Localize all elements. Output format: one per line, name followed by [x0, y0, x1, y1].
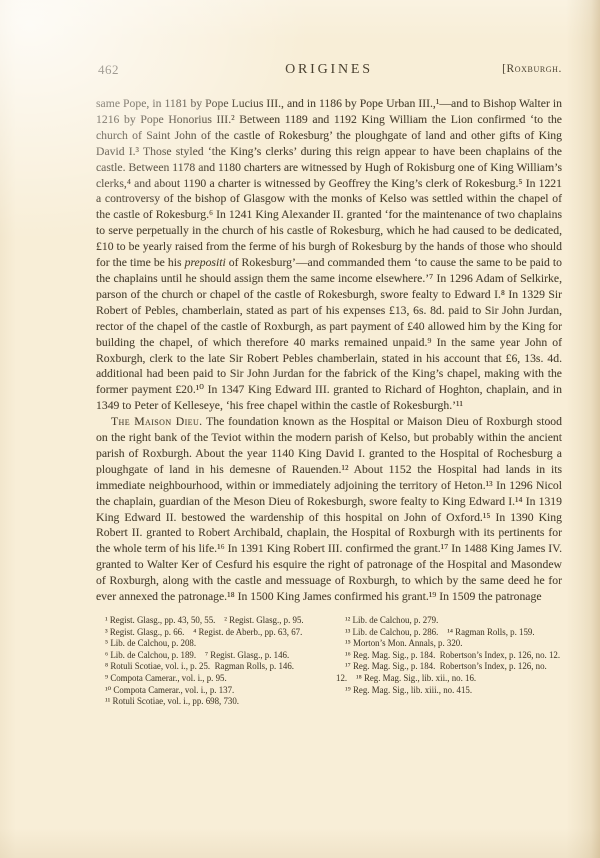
book-page: 462 ORIGINES [Roxburgh. same Pope, in 11… — [0, 0, 600, 858]
footnote-entry: ¹⁵ Morton’s Mon. Annals, p. 320. — [336, 638, 562, 650]
page-body: same Pope, in 1181 by Pope Lucius III., … — [96, 96, 562, 605]
footnote-entry: ⁸ Rotuli Scotiae, vol. i., p. 25. Ragman… — [96, 661, 322, 673]
para2-text: The foundation known as the Hospital or … — [96, 415, 562, 603]
para1-italic-term: prepositi — [185, 256, 226, 269]
page-header: 462 ORIGINES [Roxburgh. — [96, 62, 562, 79]
footnote-entry: ¹³ Lib. de Calchou, p. 286. ¹⁴ Ragman Ro… — [336, 627, 562, 639]
page-content: 462 ORIGINES [Roxburgh. same Pope, in 11… — [96, 62, 562, 708]
para1-text: same Pope, in 1181 by Pope Lucius III., … — [96, 97, 562, 269]
footnotes: ¹ Regist. Glasg., pp. 43, 50, 55. ² Regi… — [96, 615, 562, 708]
footnote-entry: ¹⁷ Reg. Mag. Sig., p. 184. Robertson’s I… — [336, 661, 562, 684]
footnote-entry: ¹⁶ Reg. Mag. Sig., p. 184. Robertson’s I… — [336, 650, 562, 662]
page-number: 462 — [98, 62, 119, 78]
footnote-entry: ¹⁰ Compota Camerar., vol. i., p. 137. — [96, 685, 322, 697]
paragraph-castle-chapels: same Pope, in 1181 by Pope Lucius III., … — [96, 96, 562, 414]
footnote-entry: ⁶ Lib. de Calchou, p. 189. ⁷ Regist. Gla… — [96, 650, 322, 662]
running-title: ORIGINES — [96, 62, 562, 78]
footnote-entry: ¹⁹ Reg. Mag. Sig., lib. xiii., no. 415. — [336, 685, 562, 697]
footnote-entry: ³ Regist. Glasg., p. 66. ⁴ Regist. de Ab… — [96, 627, 322, 639]
running-header-county: [Roxburgh. — [502, 63, 562, 75]
footnote-entry: ¹¹ Rotuli Scotiae, vol. i., pp. 698, 730… — [96, 696, 322, 708]
footnotes-right-column: ¹² Lib. de Calchou, p. 279. ¹³ Lib. de C… — [336, 615, 562, 708]
footnote-entry: ¹² Lib. de Calchou, p. 279. — [336, 615, 562, 627]
para2-lead-smallcaps: The Maison Dieu. — [111, 415, 202, 428]
para1-text-continued: of Rokesburg’—and commanded them ‘to cau… — [96, 256, 562, 412]
footnotes-left-column: ¹ Regist. Glasg., pp. 43, 50, 55. ² Regi… — [96, 615, 322, 708]
footnote-entry: ¹ Regist. Glasg., pp. 43, 50, 55. ² Regi… — [96, 615, 322, 627]
paragraph-maison-dieu: The Maison Dieu. The foundation known as… — [96, 414, 562, 605]
footnote-entry: ⁹ Compota Camerar., vol. i., p. 95. — [96, 673, 322, 685]
footnote-entry: ⁵ Lib. de Calchou, p. 208. — [96, 638, 322, 650]
